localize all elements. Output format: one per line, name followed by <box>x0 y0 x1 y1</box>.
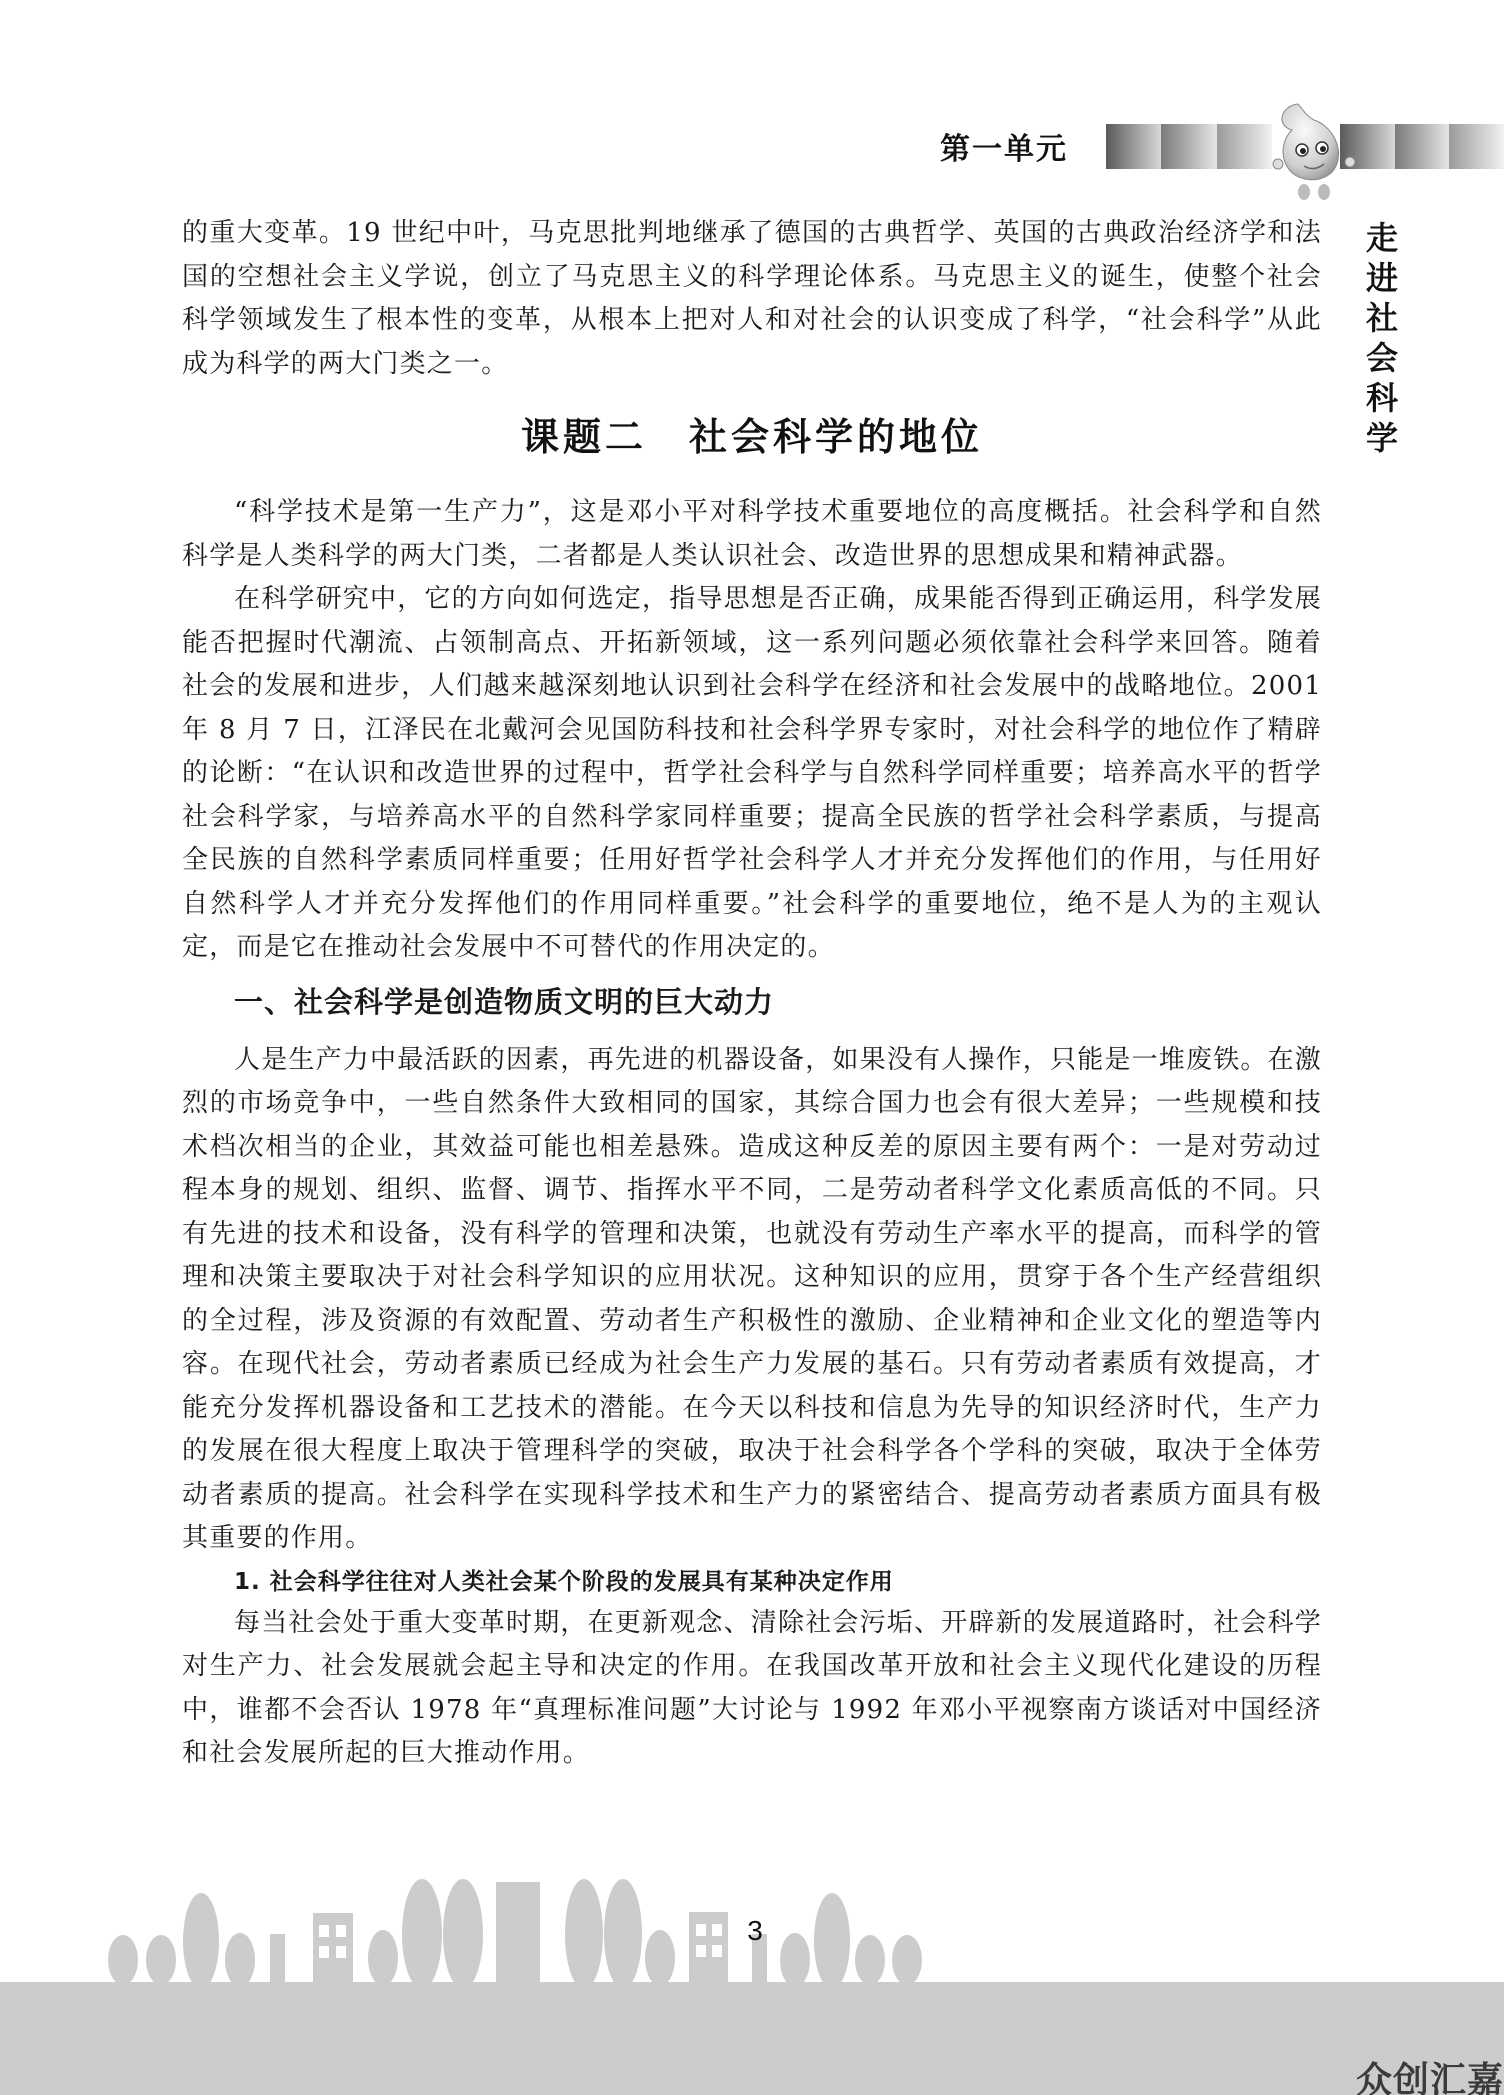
watermark-logo: 众创汇嘉 <box>1356 2052 1504 2095</box>
city-skyline-footer-icon <box>0 1870 1504 2095</box>
title-char: 进 <box>1362 258 1402 298</box>
paragraph: 人是生产力中最活跃的因素，再先进的机器设备，如果没有人操作，只能是一堆废铁。在激… <box>182 1039 1322 1561</box>
paragraph: “科学技术是第一生产力”，这是邓小平对科学技术重要地位的高度概括。社会科学和自然… <box>182 491 1322 578</box>
paragraph: 每当社会处于重大变革时期，在更新观念、清除社会污垢、开辟新的发展道路时，社会科学… <box>182 1602 1322 1776</box>
intro-paragraph: 的重大变革。19 世纪中叶，马克思批判地继承了德国的古典哲学、英国的古典政治经济… <box>182 212 1322 386</box>
section-heading: 一、社会科学是创造物质文明的巨大动力 <box>234 980 1322 1021</box>
title-char: 科 <box>1362 378 1402 418</box>
gradient-segment <box>1106 124 1161 169</box>
page-body: 的重大变革。19 世纪中叶，马克思批判地继承了德国的古典哲学、英国的古典政治经济… <box>182 212 1322 1776</box>
title-char: 社 <box>1362 298 1402 338</box>
gradient-segment <box>1161 124 1216 169</box>
title-char: 学 <box>1362 418 1402 458</box>
vertical-book-title: 走 进 社 会 科 学 <box>1362 218 1402 458</box>
gradient-segment <box>1395 124 1450 169</box>
lesson-title: 课题二 社会科学的地位 <box>182 406 1322 461</box>
title-char: 会 <box>1362 338 1402 378</box>
water-drop-mascot-icon <box>1240 96 1380 206</box>
title-char: 走 <box>1362 218 1402 258</box>
subsection-heading: 1. 社会科学往往对人类社会某个阶段的发展具有某种决定作用 <box>234 1563 1322 1596</box>
page-number: 3 <box>733 1915 777 1947</box>
unit-label: 第一单元 <box>940 124 1068 168</box>
paragraph: 在科学研究中，它的方向如何选定，指导思想是否正确，成果能否得到正确运用，科学发展… <box>182 578 1322 970</box>
gradient-segment <box>1449 124 1504 169</box>
